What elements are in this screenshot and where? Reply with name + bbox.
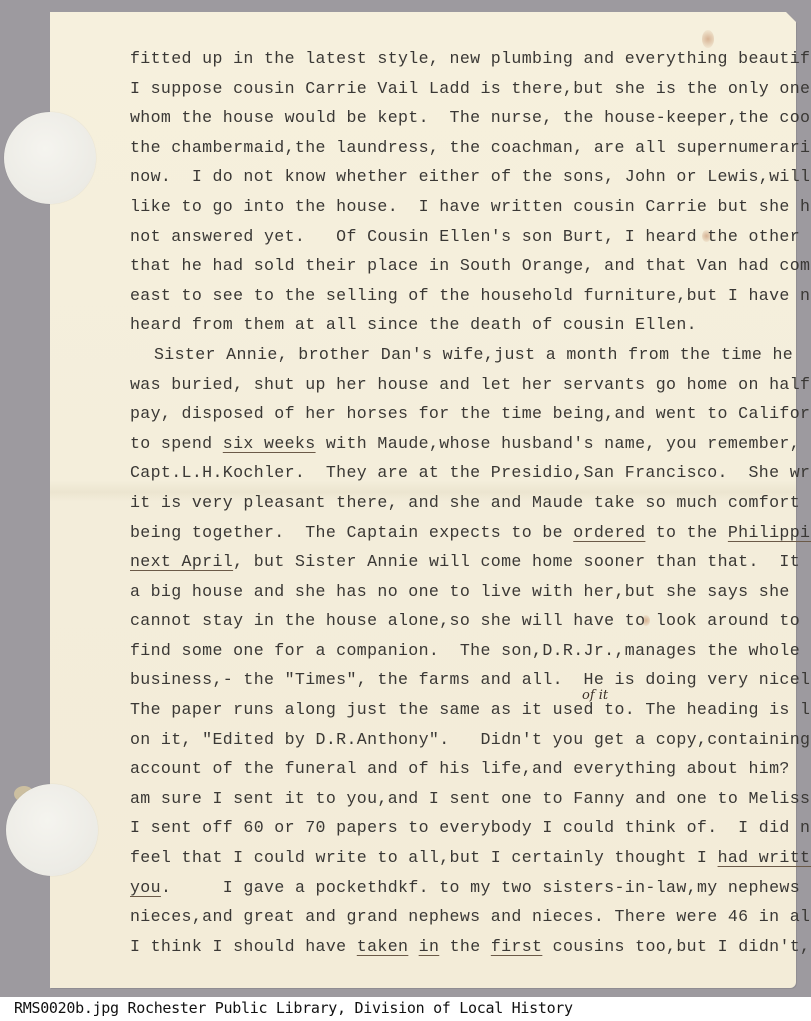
text-segment: . I gave a pockethdkf. to my two sisters…: [161, 878, 811, 897]
text-line: nieces,and great and grand nephews and n…: [130, 902, 780, 932]
text-segment: being together. The Captain expects to b…: [130, 523, 573, 542]
text-line: heard from them at all since the death o…: [130, 310, 780, 340]
text-line: like to go into the house. I have writte…: [130, 192, 780, 222]
text-line: was buried, shut up her house and let he…: [130, 370, 780, 400]
underlined-text: ordered: [573, 523, 645, 542]
text-segment: [408, 937, 418, 956]
reinforcement-sticker-bottom: [6, 784, 98, 876]
text-line: I sent off 60 or 70 papers to everybody …: [130, 813, 780, 843]
text-line: to spend six weeks with Maude,whose husb…: [130, 429, 780, 459]
text-line: next April, but Sister Annie will come h…: [130, 547, 780, 577]
reinforcement-sticker-top: [4, 112, 96, 204]
underlined-text: six weeks: [223, 434, 316, 453]
text-line: you. I gave a pockethdkf. to my two sist…: [130, 873, 780, 903]
underlined-text: next April: [130, 552, 233, 571]
text-segment: to the: [645, 523, 727, 542]
text-line: a big house and she has no one to live w…: [130, 577, 780, 607]
text-line: am sure I sent it to you,and I sent one …: [130, 784, 780, 814]
scan-background: fitted up in the latest style, new plumb…: [0, 0, 811, 997]
text-line: find some one for a companion. The son,D…: [130, 636, 780, 666]
text-line: feel that I could write to all,but I cer…: [130, 843, 780, 873]
underlined-text: taken: [357, 937, 409, 956]
text-line: now. I do not know whether either of the…: [130, 162, 780, 192]
text-line: business,- the "Times", the farms and al…: [130, 665, 780, 695]
text-segment: with Maude,whose husband's name, you rem…: [316, 434, 811, 453]
underlined-text: in: [419, 937, 440, 956]
underlined-text: had written: [718, 848, 811, 867]
folded-corner: [785, 11, 797, 23]
text-line: on it, "Edited by D.R.Anthony". Didn't y…: [130, 725, 780, 755]
handwritten-annotation: of it: [582, 688, 608, 703]
text-line: Sister Annie, brother Dan's wife,just a …: [130, 340, 780, 370]
text-segment: cousins too,but I didn't,and: [542, 937, 811, 956]
text-line: not answered yet. Of Cousin Ellen's son …: [130, 222, 780, 252]
text-line: I suppose cousin Carrie Vail Ladd is the…: [130, 74, 780, 104]
text-segment: to spend: [130, 434, 223, 453]
underlined-text: Philippines: [728, 523, 811, 542]
text-line: The paper runs along just the same as it…: [130, 695, 780, 725]
text-line: it is very pleasant there, and she and M…: [130, 488, 780, 518]
text-line: the chambermaid,the laundress, the coach…: [130, 133, 780, 163]
text-segment: the: [439, 937, 491, 956]
image-caption: RMS0020b.jpg Rochester Public Library, D…: [14, 999, 573, 1017]
text-line: east to see to the selling of the househ…: [130, 281, 780, 311]
text-line: fitted up in the latest style, new plumb…: [130, 44, 780, 74]
text-line: pay, disposed of her horses for the time…: [130, 399, 780, 429]
text-line: that he had sold their place in South Or…: [130, 251, 780, 281]
underlined-text: you: [130, 878, 161, 897]
text-segment: , but Sister Annie will come home sooner…: [233, 552, 811, 571]
text-line: Capt.L.H.Kochler. They are at the Presid…: [130, 458, 780, 488]
text-segment: I think I should have: [130, 937, 357, 956]
text-line: cannot stay in the house alone,so she wi…: [130, 606, 780, 636]
text-line: account of the funeral and of his life,a…: [130, 754, 780, 784]
letter-body: fitted up in the latest style, new plumb…: [130, 44, 780, 961]
text-line: whom the house would be kept. The nurse,…: [130, 103, 780, 133]
text-line: being together. The Captain expects to b…: [130, 518, 780, 548]
text-line: I think I should have taken in the first…: [130, 932, 780, 962]
underlined-text: first: [491, 937, 543, 956]
text-segment: feel that I could write to all,but I cer…: [130, 848, 718, 867]
